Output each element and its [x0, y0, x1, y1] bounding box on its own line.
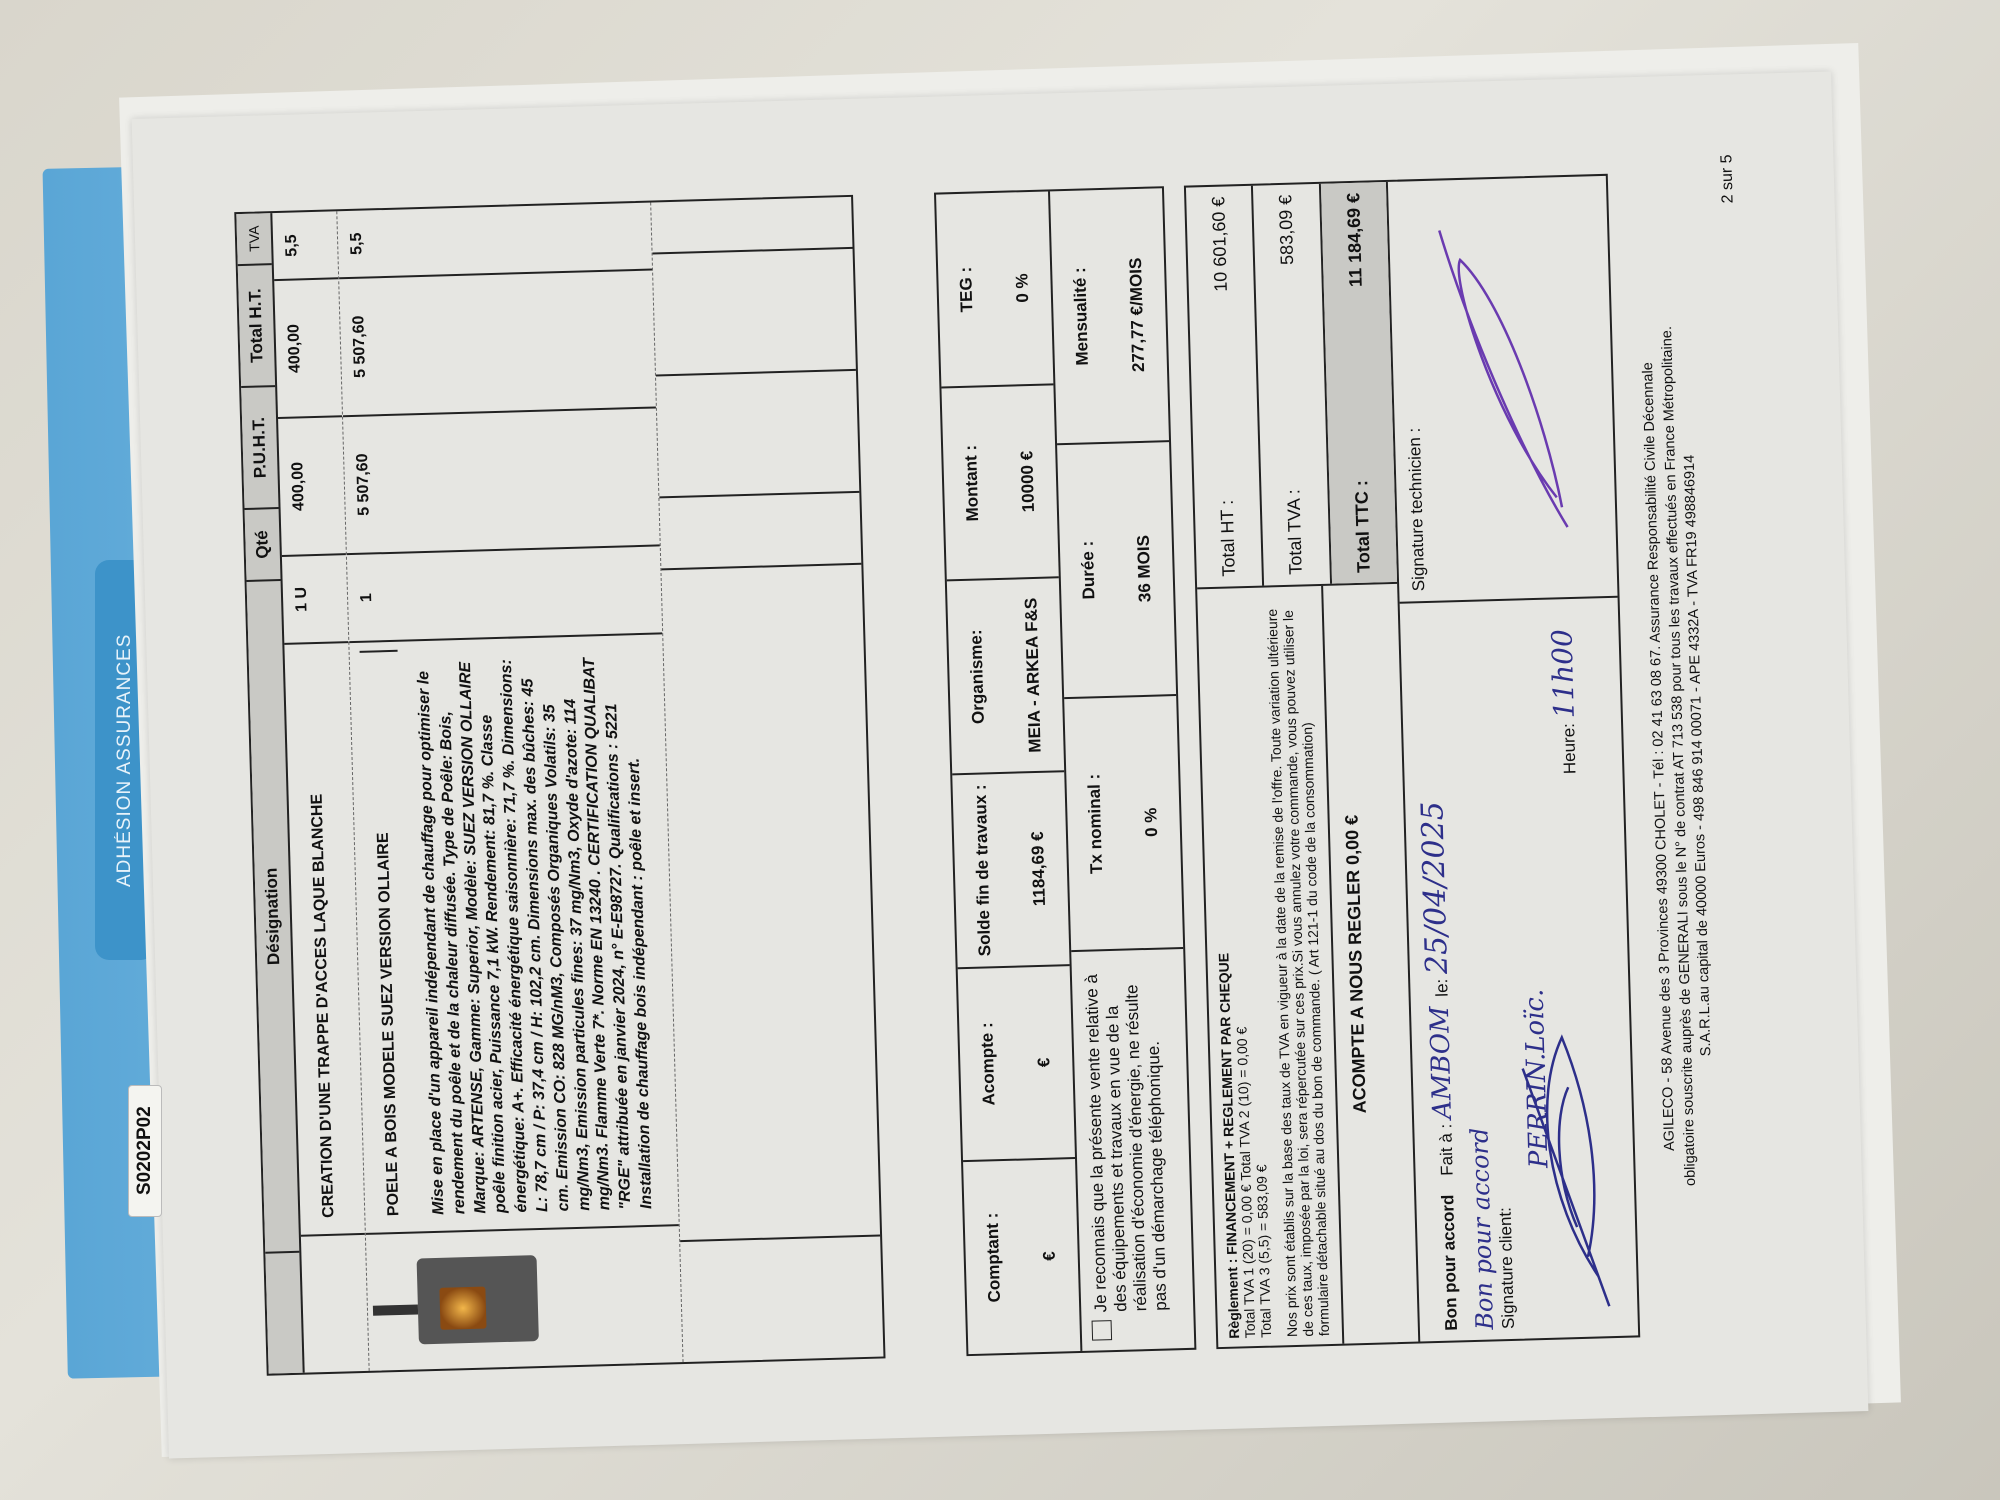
company-footer: AGILECO - 58 Avenue des 3 Provinces 4930… — [1634, 175, 1725, 1336]
technician-signature-area: Signature technicien : — [1388, 176, 1618, 602]
handwritten-date: 25/04/2025 — [1415, 801, 1455, 975]
item-unit-price: 5 507,60 — [343, 406, 659, 553]
acknowledgement-checkbox[interactable] — [1092, 1320, 1113, 1341]
item-total: 5 507,60 — [339, 269, 655, 416]
header-unit-price: P.U.H.T. — [241, 385, 278, 508]
totals-box: Total HT :10 601,60 € Total TVA :583,09 … — [1186, 182, 1397, 587]
quote-page-content: Désignation Qté P.U.H.T. Total H.T. TVA … — [173, 113, 1828, 1418]
handwritten-time: 11h00 — [1545, 629, 1580, 719]
document-page: Désignation Qté P.U.H.T. Total H.T. TVA … — [132, 72, 1869, 1459]
header-tva: TVA — [236, 213, 271, 264]
item-total: 400,00 — [274, 277, 342, 417]
header-qty: Qté — [245, 507, 281, 580]
acompte-due: ACOMPTE A NOUS REGLER 0,00 € — [1321, 585, 1377, 1344]
item-unit-price: 400,00 — [278, 415, 346, 555]
total-ht: Total HT :10 601,60 € — [1186, 186, 1264, 588]
totals-and-signature: Règlement : FINANCEMENT + REGLEMENT PAR … — [1184, 174, 1640, 1349]
legal-notice: Nos prix sont établis sur la base des ta… — [1263, 594, 1332, 1337]
financing-table: Comptant :€ Acompte :€ Solde fin de trav… — [934, 186, 1196, 1356]
item-tva: 5,5 — [272, 211, 338, 279]
page-number: 2 sur 5 — [1718, 154, 1737, 203]
client-signature-scribble — [1501, 1016, 1619, 1319]
handwritten-place: AMBOM — [1425, 1006, 1458, 1120]
table-row: POELE A BOIS MODELE SUEZ VERSION OLLAIRE… — [337, 203, 683, 1371]
item-description: Mise en place d'un appareil indépendant … — [404, 643, 669, 1224]
folder-code-label: S0202P02 — [128, 1085, 162, 1217]
item-title: CREATION D'UNE TRAPPE D'ACCES LAQUE BLAN… — [295, 652, 349, 1227]
acknowledgement: Je reconnais que la présente vente relat… — [1071, 947, 1194, 1351]
total-tva: Total TVA :583,09 € — [1253, 184, 1331, 586]
header-total-ht: Total H.T. — [238, 263, 275, 386]
table-empty-space — [651, 197, 883, 1362]
item-tva: 5,5 — [337, 203, 651, 278]
total-ttc: Total TTC :11 184,69 € — [1321, 182, 1397, 584]
item-qty: 1 — [347, 544, 662, 641]
technician-signature-scribble — [1429, 217, 1588, 541]
client-signature-area: Bon pour accord Fait à : AMBOM le: 25/04… — [1400, 596, 1639, 1342]
items-table: Désignation Qté P.U.H.T. Total H.T. TVA … — [234, 195, 885, 1376]
payment-terms: Règlement : FINANCEMENT + REGLEMENT PAR … — [1197, 582, 1418, 1347]
item-qty: 1 U — [282, 553, 348, 643]
wood-stove-image — [417, 1255, 539, 1344]
